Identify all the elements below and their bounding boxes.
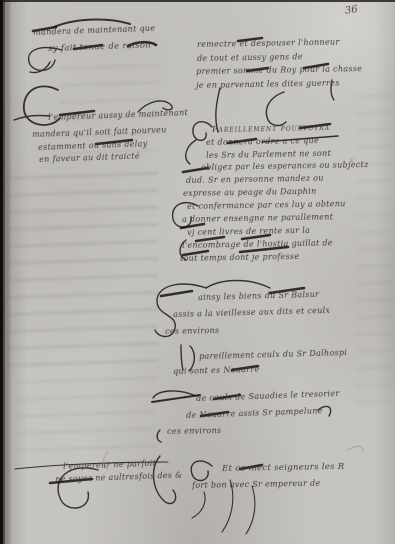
manuscript-line: mandera de maintenant que (33, 24, 156, 37)
manuscript-line: remectre et despouser l'honneur (197, 38, 340, 49)
manuscript-line: fort bon avec Sr empereur de (192, 479, 321, 490)
manuscript-line: et confermance par ces luy a obtenu (187, 199, 346, 211)
manuscript-line: l'empereur aussy de maintenant (48, 108, 188, 122)
manuscript-line: sy fait tenue de raison (48, 40, 151, 54)
manuscript-line: tout temps dont je professe (180, 252, 299, 263)
manuscript-line: l'empereur ne parfoit (63, 459, 156, 471)
manuscript-line: obligez par les esperances ou subjectz (201, 160, 369, 172)
ink-showthrough-patch (6, 168, 158, 366)
manuscript-line: ces environs (165, 326, 219, 336)
manuscript-line: qui sont es Nauarre (173, 365, 260, 376)
manuscript-line: ces environs (167, 426, 221, 436)
manuscript-line: je en parvenant les dites guerres (196, 78, 340, 90)
manuscript-line: Pareillement pourvoyra (212, 123, 330, 134)
page-top-edge (2, 0, 395, 2)
manuscript-line: Et ce mect seigneurs les R (222, 462, 345, 474)
ink-showthrough-patch (16, 372, 156, 464)
manuscript-line: mandera qu'il soit fait pourveu (32, 125, 167, 139)
manuscript-line: de Nauarre assis Sr pampelune (186, 406, 323, 420)
binding-gutter-shadow (0, 0, 12, 544)
manuscript-line: vj cent livres de rente sur la (187, 226, 310, 237)
manuscript-page-scan: 36 x (0, 0, 395, 544)
manuscript-line: a donner ensengne ne parallement (182, 212, 333, 224)
manuscript-line: premier somme du Roy pour la chasse (196, 64, 362, 76)
manuscript-line: les Srs du Parlement ne sont (206, 149, 331, 160)
manuscript-line: ne soyez ne aultresfois des & (55, 471, 183, 484)
flourish-strokes (14, 19, 334, 534)
manuscript-line: expresse au peage du Dauphin (183, 187, 317, 198)
folio-number: 36 (344, 4, 358, 17)
manuscript-line: et donnera ordre a ce que (206, 136, 319, 147)
manuscript-line: assis a la vieillesse aux dits et ceulx (173, 306, 330, 319)
manuscript-line: dud. Sr en personne mandez ou (186, 174, 324, 185)
manuscript-line: de ceulx de Sauadies le tresorier (196, 389, 340, 403)
manuscript-line: ainsy les biens du Sr Balsur (198, 290, 319, 302)
manuscript-line: pareillement ceulx du Sr Dalhospi (199, 348, 347, 361)
manuscript-line: de tout et aussy gens de (197, 52, 303, 63)
manuscript-line: l'encombrage de l'hostia guillat de (182, 238, 333, 250)
ink-showthrough-patch (356, 86, 392, 416)
manuscript-line: estamment ou sans delay (38, 139, 148, 152)
manuscript-line: en faveur au dit traicté (39, 151, 140, 164)
